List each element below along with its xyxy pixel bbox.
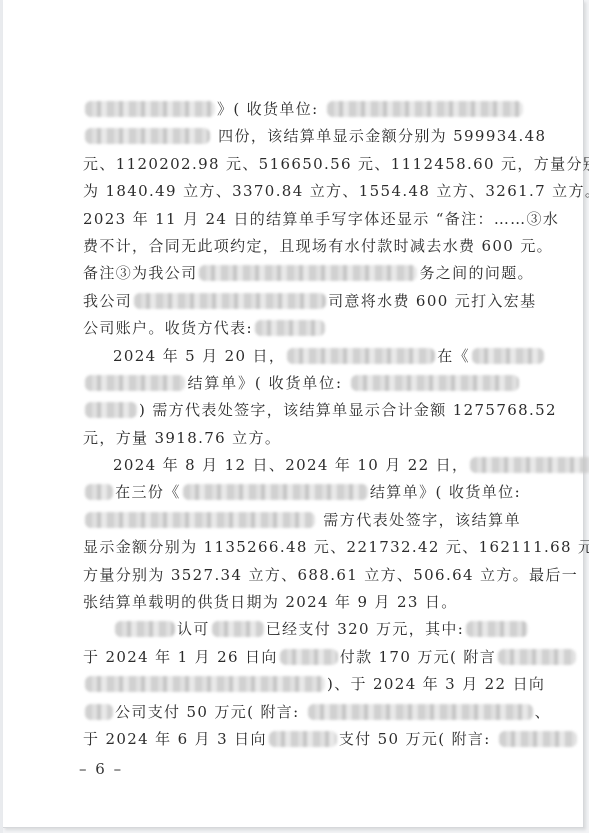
redacted-text xyxy=(472,348,544,364)
redacted-text xyxy=(85,704,113,720)
text-line-24: 于 2024 年 6 月 3 日向支付 50 万元( 附言: xyxy=(83,726,521,753)
line-text: 公司账户。收货方代表: xyxy=(83,319,253,337)
text-line-19: 张结算单载明的供货日期为 2024 年 9 月 23 日。 xyxy=(83,589,521,616)
redacted-text xyxy=(85,512,315,528)
redacted-text xyxy=(498,649,576,665)
line-text: 元，方量 3918.76 立方。 xyxy=(83,429,281,447)
text-line-3: 元、1120202.98 元、516650.56 元、1112458.60 元，… xyxy=(83,151,521,178)
redacted-text xyxy=(351,375,519,391)
line-text: 备注③为我公司 xyxy=(83,264,197,282)
redacted-text xyxy=(115,621,175,637)
line-text: 结算单》( 收货单位: xyxy=(187,374,349,392)
line-text: 2024 年 8 月 12 日、2024 年 10 月 22 日， xyxy=(113,456,468,474)
text-line-10: 2024 年 5 月 20 日，在《 xyxy=(83,343,521,370)
redacted-text xyxy=(199,265,417,281)
text-line-15: 在三份《结算单》( 收货单位: xyxy=(83,479,521,506)
line-text: 在《 xyxy=(437,347,470,365)
redacted-text xyxy=(327,101,523,117)
redacted-text xyxy=(85,375,185,391)
line-text: 需方代表处签字，该结算单 xyxy=(317,511,521,529)
line-text: 方量分别为 3527.34 立方、688.61 立方、506.64 立方。最后一 xyxy=(83,566,578,584)
redacted-text xyxy=(85,128,210,144)
text-line-17: 显示金额分别为 1135266.48 元、221732.42 元、162111.… xyxy=(83,534,521,561)
text-line-2: 四份，该结算单显示金额分别为 599934.48 xyxy=(83,123,521,150)
line-text: 在三份《 xyxy=(115,483,181,501)
redacted-text xyxy=(470,457,589,473)
line-text: 付款 170 万元( 附言 xyxy=(340,648,496,666)
text-line-11: 结算单》( 收货单位: xyxy=(83,370,521,397)
line-text: 已经支付 320 万元，其中: xyxy=(266,620,464,638)
document-body: 》( 收货单位: 四份，该结算单显示金额分别为 599934.48 元、1120… xyxy=(83,96,521,753)
line-text: 司意将水费 600 元打入宏基 xyxy=(328,292,536,310)
redacted-text xyxy=(255,320,325,336)
redacted-text xyxy=(212,621,264,637)
text-line-5: 2023 年 11 月 24 日的结算单手写字体还显示 “备注：……③水 xyxy=(83,206,521,233)
line-text: 认可 xyxy=(177,620,210,638)
redacted-text xyxy=(85,402,137,418)
text-line-9: 公司账户。收货方代表: xyxy=(83,315,521,342)
redacted-text xyxy=(85,484,113,500)
redacted-text xyxy=(280,649,338,665)
line-text: 于 2024 年 1 月 26 日向 xyxy=(83,648,278,666)
line-text: 张结算单载明的供货日期为 2024 年 9 月 23 日。 xyxy=(83,593,458,611)
line-text: 元、1120202.98 元、516650.56 元、1112458.60 元，… xyxy=(83,155,589,173)
line-text: )、于 2024 年 3 月 22 日向 xyxy=(327,675,545,693)
line-text: 支付 50 万元( 附言: xyxy=(339,730,497,748)
line-text: 、 xyxy=(535,703,551,721)
line-text: 我公司 xyxy=(83,292,132,310)
text-line-20: 认可已经支付 320 万元，其中: xyxy=(83,616,521,643)
line-text: 四份，该结算单显示金额分别为 599934.48 xyxy=(212,127,546,145)
redacted-text xyxy=(269,731,337,747)
line-text: 结算单》( 收货单位: xyxy=(370,483,521,501)
text-line-1: 》( 收货单位: xyxy=(83,96,521,123)
document-page: 》( 收货单位: 四份，该结算单显示金额分别为 599934.48 元、1120… xyxy=(3,0,584,828)
text-line-7: 备注③为我公司务之间的问题。 xyxy=(83,260,521,287)
line-text: 显示金额分别为 1135266.48 元、221732.42 元、162111.… xyxy=(83,538,589,556)
line-text: 2024 年 5 月 20 日， xyxy=(113,347,285,365)
redacted-text xyxy=(287,348,435,364)
redacted-text xyxy=(85,676,325,692)
text-line-23: 公司支付 50 万元( 附言: 、 xyxy=(83,699,521,726)
text-line-12: ) 需方代表处签字，该结算单显示合计金额 1275768.52 xyxy=(83,397,521,424)
page-number: – 6 – xyxy=(79,760,123,778)
redacted-text xyxy=(85,101,215,117)
line-text: 2023 年 11 月 24 日的结算单手写字体还显示 “备注：……③水 xyxy=(83,210,559,228)
text-line-18: 方量分别为 3527.34 立方、688.61 立方、506.64 立方。最后一 xyxy=(83,562,521,589)
text-line-6: 费不计，合同无此项约定，且现场有水付款时减去水费 600 元。 xyxy=(83,233,521,260)
text-line-14: 2024 年 8 月 12 日、2024 年 10 月 22 日， xyxy=(83,452,521,479)
line-text: 公司支付 50 万元( 附言: xyxy=(115,703,306,721)
line-text: 于 2024 年 6 月 3 日向 xyxy=(83,730,267,748)
text-line-16: 需方代表处签字，该结算单 xyxy=(83,507,521,534)
line-text: 为 1840.49 立方、3370.84 立方、1554.48 立方、3261.… xyxy=(83,182,589,200)
line-text: ) 需方代表处签字，该结算单显示合计金额 1275768.52 xyxy=(139,401,557,419)
line-text: 费不计，合同无此项约定，且现场有水付款时减去水费 600 元。 xyxy=(83,237,553,255)
redacted-text xyxy=(183,484,368,500)
redacted-text xyxy=(134,293,326,309)
text-line-8: 我公司司意将水费 600 元打入宏基 xyxy=(83,288,521,315)
text-line-13: 元，方量 3918.76 立方。 xyxy=(83,425,521,452)
line-text: 》( 收货单位: xyxy=(217,100,325,118)
text-line-4: 为 1840.49 立方、3370.84 立方、1554.48 立方、3261.… xyxy=(83,178,521,205)
redacted-text xyxy=(308,704,533,720)
text-line-22: )、于 2024 年 3 月 22 日向 xyxy=(83,671,521,698)
text-line-21: 于 2024 年 1 月 26 日向付款 170 万元( 附言 xyxy=(83,644,521,671)
redacted-text xyxy=(499,731,577,747)
redacted-text xyxy=(466,621,528,637)
line-text: 务之间的问题。 xyxy=(419,264,533,282)
